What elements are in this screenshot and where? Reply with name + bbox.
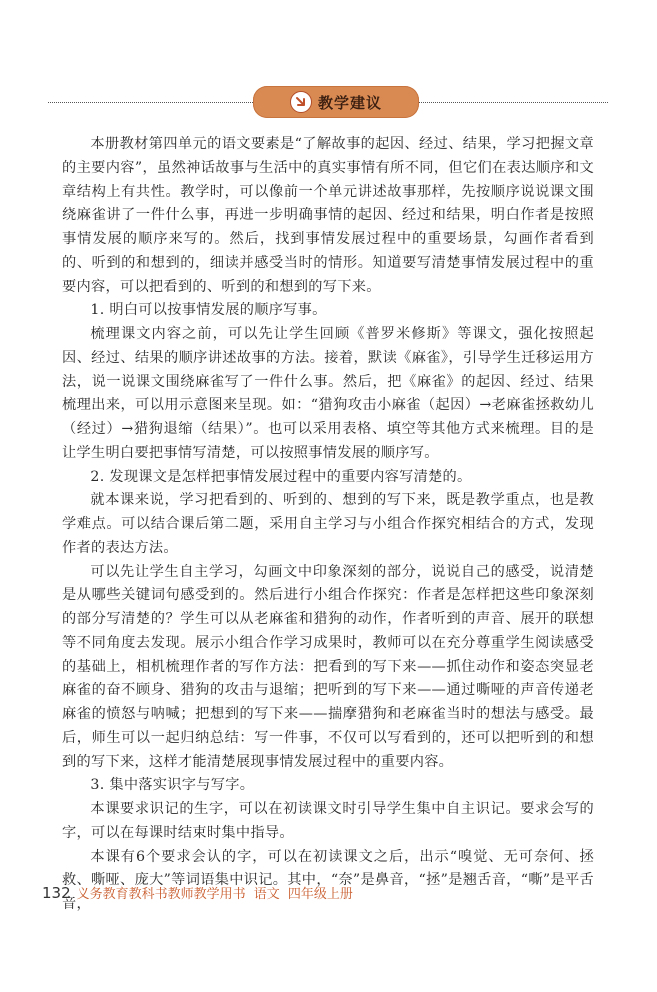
subheading-2: 2. 发现课文是怎样把事情发展过程中的重要内容写清楚的。 <box>62 466 594 490</box>
book-title: 义务教育教科书教师教学用书 语文 四年级上册 <box>77 883 353 902</box>
arrow-down-right-circle-icon <box>290 91 312 113</box>
section-title: 教学建议 <box>318 92 382 113</box>
paragraph: 梳理课文内容之前，可以先让学生回顾《普罗米修斯》等课文，强化按照起因、经过、结果… <box>62 323 594 466</box>
subheading-1: 1. 明白可以按事情发展的顺序写事。 <box>62 299 594 323</box>
body-text: 本册教材第四单元的语文要素是“了解故事的起因、经过、结果，学习把握文章的主要内容… <box>62 133 594 917</box>
paragraph: 本课有6个要求会认的字，可以在初读课文之后，出示“嗅觉、无可奈何、拯救、嘶哑、庞… <box>62 846 594 917</box>
paragraph: 可以先让学生自主学习，勾画文中印象深刻的部分，说说自己的感受，说清楚是从哪些关键… <box>62 561 594 775</box>
header-rule-right <box>418 102 608 103</box>
subheading-3: 3. 集中落实识字与写字。 <box>62 774 594 798</box>
paragraph: 本课要求识记的生字，可以在初读课文时引导学生集中自主识记。要求会写的字，可以在每… <box>62 798 594 846</box>
page-number: 132 <box>42 884 71 902</box>
paragraph: 就本课来说，学习把看到的、听到的、想到的写下来，既是教学重点，也是教学难点。可以… <box>62 489 594 560</box>
page-footer: 132 义务教育教科书教师教学用书 语文 四年级上册 <box>42 883 353 902</box>
section-header-badge: 教学建议 <box>253 86 419 118</box>
header-rule-left <box>48 102 253 103</box>
paragraph-intro: 本册教材第四单元的语文要素是“了解故事的起因、经过、结果，学习把握文章的主要内容… <box>62 133 594 299</box>
